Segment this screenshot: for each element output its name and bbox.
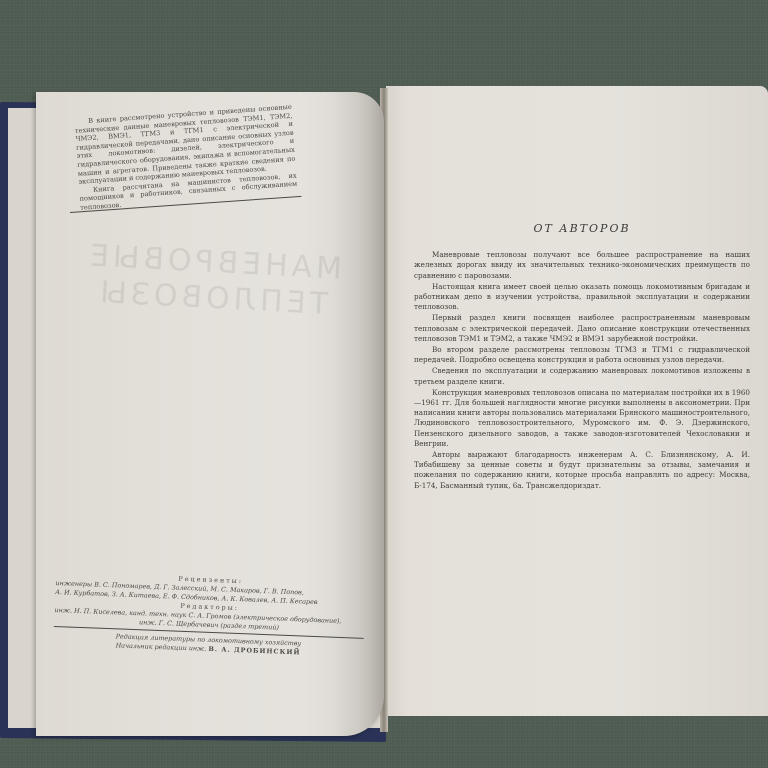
preface-paragraph: Первый раздел книги посвящен наиболее ра… xyxy=(414,313,750,344)
credits-block: Рецензенты: инженеры В. С. Пономарев, Д.… xyxy=(53,570,366,660)
preface-paragraph: Конструкция маневровых тепловозов описан… xyxy=(414,388,750,449)
show-through-title: МАНЕВРОВЫЕ ТЕПЛОВОЗЫ xyxy=(76,238,349,324)
book-abstract: В книге рассмотрено устройство и приведе… xyxy=(74,103,298,213)
preface-paragraph: Во втором разделе рассмотрены тепловозы … xyxy=(414,345,750,365)
preface-heading: ОТ АВТОРОВ xyxy=(414,224,750,234)
preface: ОТ АВТОРОВ Маневровые тепловозы получают… xyxy=(414,224,750,492)
preface-paragraph: Авторы выражают благодарность инженерам … xyxy=(414,450,750,491)
preface-paragraph: Настоящая книга имеет своей целью оказат… xyxy=(414,282,750,313)
preface-paragraph: Маневровые тепловозы получают все больше… xyxy=(414,250,750,281)
preface-paragraph: Сведения по эксплуатации и содержанию ма… xyxy=(414,366,750,386)
